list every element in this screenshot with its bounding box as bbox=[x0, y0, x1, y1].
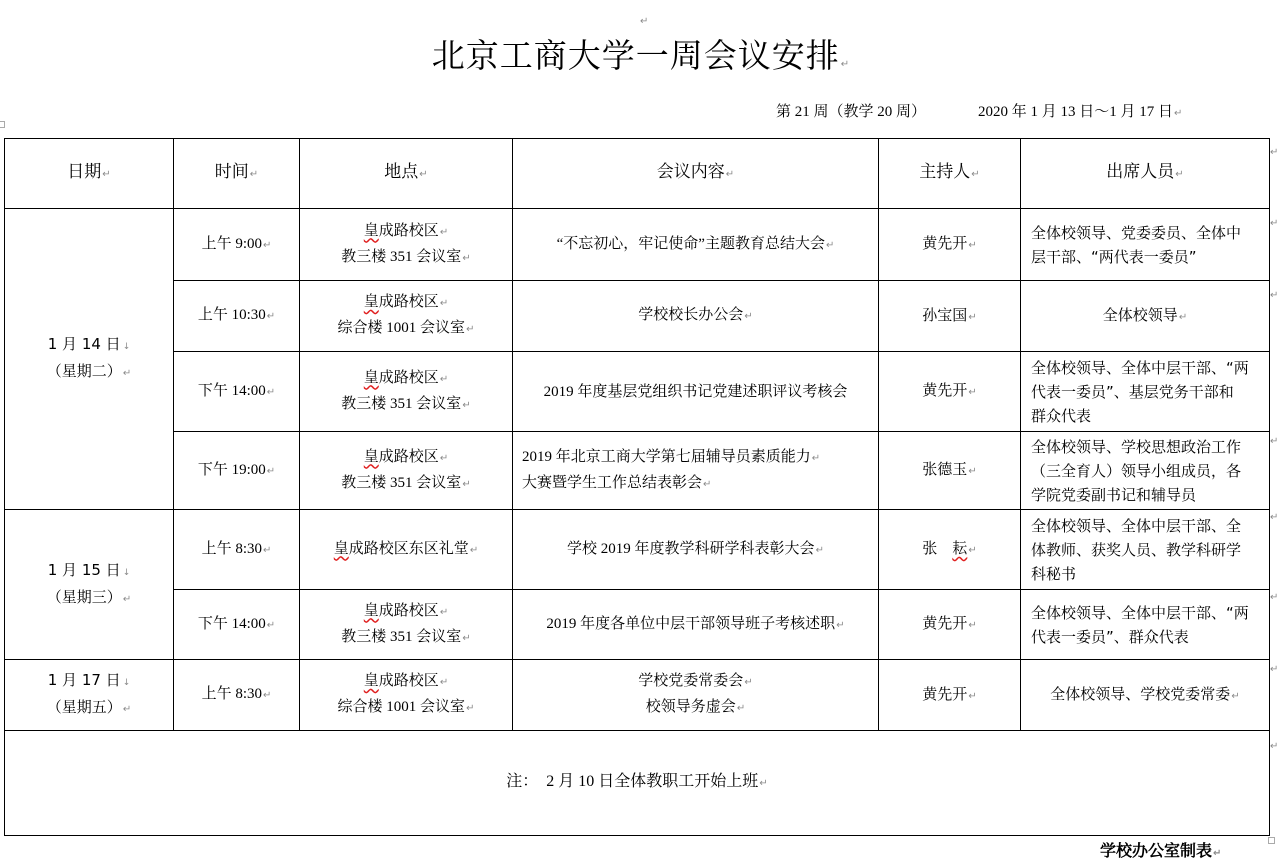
content-cell: 学校党委常委会↵ 校领导务虚会↵ bbox=[513, 660, 879, 731]
attendees-cell: 全体校领导、学校思想政治工作 （三全育人）领导小组成员，各 学院党委副书记和辅导… bbox=[1021, 432, 1270, 510]
header-date: 日期↵ bbox=[5, 139, 174, 209]
attendees-cell: 全体校领导↵ bbox=[1021, 281, 1270, 352]
time-cell: 下午 14:00↵ bbox=[174, 352, 300, 432]
host-cell: 张 耘↵ bbox=[879, 510, 1021, 590]
time-cell: 下午 14:00↵ bbox=[174, 590, 300, 660]
time-cell: 上午 10:30↵ bbox=[174, 281, 300, 352]
host-cell: 黄先开↵ bbox=[879, 590, 1021, 660]
note-cell: 注： 2 月 10 日全体教职工开始上班↵ bbox=[5, 731, 1270, 836]
title-text: 北京工商大学一周会议安排 bbox=[432, 36, 840, 75]
content-cell: 学校 2019 年度教学科研学科表彰大会↵ bbox=[513, 510, 879, 590]
table-resize-handle[interactable] bbox=[1268, 837, 1275, 844]
paragraph-mark: ↵ bbox=[1174, 108, 1182, 119]
table-row: 1 月 15 日↓ （星期三）↵ 上午 8:30↵ 皇成路校区东区礼堂↵ 学校 … bbox=[5, 510, 1270, 590]
host-cell: 张德玉↵ bbox=[879, 432, 1021, 510]
paragraph-mark: ↵ bbox=[841, 59, 850, 70]
header-content: 会议内容↵ bbox=[513, 139, 879, 209]
date-range: 2020 年 1 月 13 日～1 月 17 日 bbox=[978, 104, 1173, 120]
attendees-cell: 全体校领导、全体中层干部、“两 代表一委员”、基层党务干部和 群众代表 bbox=[1021, 352, 1270, 432]
location-cell: 皇成路校区↵ 教三楼 351 会议室↵ bbox=[300, 432, 513, 510]
content-cell: “不忘初心，牢记使命”主题教育总结大会↵ bbox=[513, 209, 879, 281]
header-host: 主持人↵ bbox=[879, 139, 1021, 209]
paragraph-mark: ↵ bbox=[640, 16, 648, 27]
note-row: 注： 2 月 10 日全体教职工开始上班↵ bbox=[5, 731, 1270, 836]
table-move-handle[interactable] bbox=[0, 121, 5, 128]
week-label: 第 21 周（教学 20 周） bbox=[776, 104, 926, 120]
content-cell: 学校校长办公会↵ bbox=[513, 281, 879, 352]
date-cell: 1 月 14 日↓ （星期二）↵ bbox=[5, 209, 174, 510]
week-info: 第 21 周（教学 20 周）2020 年 1 月 13 日～1 月 17 日↵ bbox=[776, 100, 1182, 121]
date-cell: 1 月 15 日↓ （星期三）↵ bbox=[5, 510, 174, 660]
header-location: 地点↵ bbox=[300, 139, 513, 209]
content-cell: 2019 年度基层党组织书记党建述职评议考核会 bbox=[513, 352, 879, 432]
header-time: 时间↵ bbox=[174, 139, 300, 209]
host-cell: 孙宝国↵ bbox=[879, 281, 1021, 352]
table-row: 上午 10:30↵ 皇成路校区↵ 综合楼 1001 会议室↵ 学校校长办公会↵ … bbox=[5, 281, 1270, 352]
location-cell: 皇成路校区↵ 综合楼 1001 会议室↵ bbox=[300, 660, 513, 731]
time-cell: 下午 19:00↵ bbox=[174, 432, 300, 510]
table-row: 下午 14:00↵ 皇成路校区↵ 教三楼 351 会议室↵ 2019 年度基层党… bbox=[5, 352, 1270, 432]
footer-text: 学校办公室制表↵ bbox=[1100, 838, 1221, 861]
header-attendees: 出席人员↵ bbox=[1021, 139, 1270, 209]
time-cell: 上午 8:30↵ bbox=[174, 660, 300, 731]
location-cell: 皇成路校区东区礼堂↵ bbox=[300, 510, 513, 590]
host-cell: 黄先开↵ bbox=[879, 209, 1021, 281]
attendees-cell: 全体校领导、全体中层干部、全 体教师、获奖人员、教学科研学 科秘书 bbox=[1021, 510, 1270, 590]
location-cell: 皇成路校区↵ 教三楼 351 会议室↵ bbox=[300, 590, 513, 660]
attendees-cell: 全体校领导、全体中层干部、“两 代表一委员”、群众代表 bbox=[1021, 590, 1270, 660]
attendees-cell: 全体校领导、学校党委常委↵ bbox=[1021, 660, 1270, 731]
table-row: 1 月 14 日↓ （星期二）↵ 上午 9:00↵ 皇皇成路校区成路校区↵ 教三… bbox=[5, 209, 1270, 281]
host-cell: 黄先开↵ bbox=[879, 660, 1021, 731]
document-title: 北京工商大学一周会议安排↵ bbox=[0, 30, 1277, 77]
location-cell: 皇成路校区↵ 教三楼 351 会议室↵ bbox=[300, 352, 513, 432]
table-row: 下午 14:00↵ 皇成路校区↵ 教三楼 351 会议室↵ 2019 年度各单位… bbox=[5, 590, 1270, 660]
content-cell: 2019 年度各单位中层干部领导班子考核述职↵ bbox=[513, 590, 879, 660]
location-cell: 皇皇成路校区成路校区↵ 教三楼 351 会议室↵ bbox=[300, 209, 513, 281]
date-cell: 1 月 17 日↓ （星期五）↵ bbox=[5, 660, 174, 731]
meeting-schedule-table: 日期↵ 时间↵ 地点↵ 会议内容↵ 主持人↵ 出席人员↵ 1 月 14 日↓ （… bbox=[4, 138, 1270, 836]
time-cell: 上午 9:00↵ bbox=[174, 209, 300, 281]
table-row: 下午 19:00↵ 皇成路校区↵ 教三楼 351 会议室↵ 2019 年北京工商… bbox=[5, 432, 1270, 510]
location-cell: 皇成路校区↵ 综合楼 1001 会议室↵ bbox=[300, 281, 513, 352]
content-cell: 2019 年北京工商大学第七届辅导员素质能力↵ 大赛暨学生工作总结表彰会↵ bbox=[513, 432, 879, 510]
table-row: 1 月 17 日↓ （星期五）↵ 上午 8:30↵ 皇成路校区↵ 综合楼 100… bbox=[5, 660, 1270, 731]
host-cell: 黄先开↵ bbox=[879, 352, 1021, 432]
attendees-cell: 全体校领导、党委委员、全体中 层干部、“两代表一委员” bbox=[1021, 209, 1270, 281]
time-cell: 上午 8:30↵ bbox=[174, 510, 300, 590]
table-header-row: 日期↵ 时间↵ 地点↵ 会议内容↵ 主持人↵ 出席人员↵ bbox=[5, 139, 1270, 209]
